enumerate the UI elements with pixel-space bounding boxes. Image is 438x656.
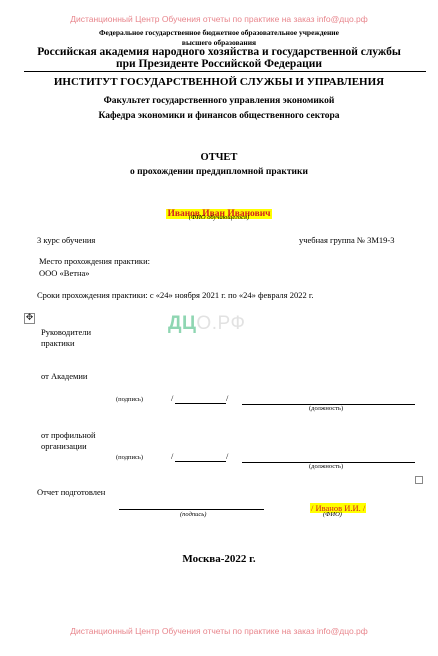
academy-slash-left: / bbox=[171, 393, 173, 403]
watermark-bold-part: ДЦ bbox=[168, 313, 196, 334]
watermark-light-part: О.РФ bbox=[196, 313, 245, 334]
paragraph-mark-box[interactable] bbox=[415, 476, 423, 484]
report-title: ОТЧЕТ bbox=[0, 152, 438, 163]
supervisors-heading-line1: Руководители bbox=[41, 327, 91, 337]
table-move-handle-icon[interactable]: ✥ bbox=[24, 313, 35, 324]
department-name: Кафедра экономики и финансов общественно… bbox=[0, 111, 438, 121]
supervisors-heading-line2: практики bbox=[41, 338, 75, 348]
student-name-caption: (ФИО обучающегося) bbox=[0, 214, 438, 221]
practice-period: Сроки прохождения практики: с «24» ноябр… bbox=[37, 290, 313, 300]
place-label: Место прохождения практики: bbox=[39, 256, 150, 266]
center-watermark: ДЦО.РФ bbox=[168, 313, 245, 335]
academy-position-caption: (должность) bbox=[309, 405, 343, 412]
faculty-name: Факультет государственного управления эк… bbox=[0, 96, 438, 106]
institution-type-line1: Федеральное государственное бюджетное об… bbox=[0, 28, 438, 37]
org-slash-right: / bbox=[226, 451, 228, 461]
org-supervisor-label-line2: организации bbox=[41, 441, 87, 451]
org-signature-caption: (подпись) bbox=[116, 454, 143, 461]
academy-supervisor-label: от Академии bbox=[41, 371, 87, 381]
academy-name-line2: при Президенте Российской Федерации bbox=[0, 58, 438, 70]
watermark-top: Дистанционный Центр Обучения отчеты по п… bbox=[0, 14, 438, 24]
org-position-caption: (должность) bbox=[309, 463, 343, 470]
place-value: ООО «Ветна» bbox=[39, 268, 90, 278]
academy-slash-right: / bbox=[226, 393, 228, 403]
institute-name: ИНСТИТУТ ГОСУДАРСТВЕННОЙ СЛУЖБЫ И УПРАВЛ… bbox=[0, 76, 438, 88]
academy-signature-caption: (подпись) bbox=[116, 396, 143, 403]
academy-name-line1: Российская академия народного хозяйства … bbox=[0, 46, 438, 58]
report-subtitle: о прохождении преддипломной практики bbox=[0, 167, 438, 177]
org-supervisor-label-line1: от профильной bbox=[41, 430, 96, 440]
prepared-signature-caption: (подпись) bbox=[180, 511, 206, 518]
prepared-signature-line bbox=[119, 509, 264, 510]
prepared-by-label: Отчет подготовлен bbox=[37, 487, 105, 497]
org-slash-left: / bbox=[171, 451, 173, 461]
course-info: 3 курс обучения bbox=[37, 235, 95, 245]
city-year: Москва-2022 г. bbox=[0, 553, 438, 565]
org-name-line bbox=[175, 461, 226, 462]
header-divider bbox=[24, 71, 426, 72]
group-info: учебная группа № 3М19-3 bbox=[299, 235, 394, 245]
prepared-name-caption: (ФИО) bbox=[323, 511, 342, 518]
academy-name-line bbox=[175, 403, 226, 404]
watermark-bottom: Дистанционный Центр Обучения отчеты по п… bbox=[0, 626, 438, 636]
